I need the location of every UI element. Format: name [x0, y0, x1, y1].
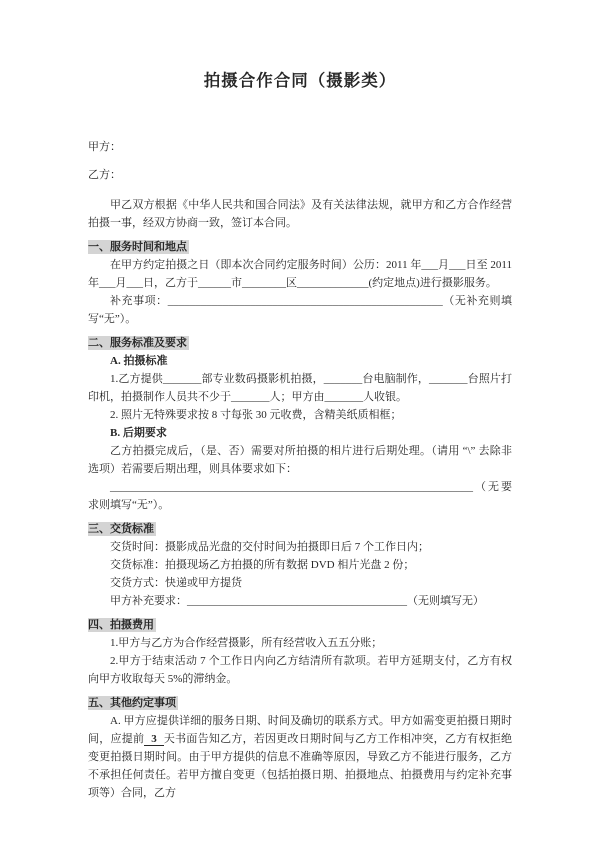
party-a-line: 甲方： [88, 138, 512, 156]
section-1-paragraph-time-place: 在甲方约定拍摄之日（即本次合同约定服务时间）公历：2011 年___月___日至… [88, 256, 512, 292]
section-2-subheading-a: A. 拍摄标准 [88, 352, 512, 370]
section-5-heading-text: 五、其他约定事项 [88, 696, 178, 710]
section-3-heading: 三、交货标准 [88, 520, 512, 538]
section-4-heading: 四、拍摄费用 [88, 616, 512, 634]
section-2-paragraph-blank-line: ________________________________________… [88, 478, 512, 514]
section-3-paragraph-supplement: 甲方补充要求：_________________________________… [88, 592, 512, 610]
contract-page: 拍摄合作合同（摄影类） 甲方： 乙方： 甲乙双方根据《中华人民共和国合同法》及有… [0, 0, 600, 849]
section-1-heading-text: 一、服务时间和地点 [88, 240, 189, 254]
notice-days-blank: 3 [144, 733, 164, 746]
section-2-paragraph-postprocess: 乙方拍摄完成后，（是、否）需要对所拍摄的相片进行后期处理。（请用 “\” 去除非… [88, 442, 512, 478]
section-2-subheading-b: B. 后期要求 [88, 424, 512, 442]
party-b-line: 乙方： [88, 166, 512, 184]
section-4-paragraph-split: 1.甲方与乙方为合作经营摄影，所有经营收入五五分账； [88, 634, 512, 652]
section-5-paragraph-a: A. 甲方应提供详细的服务日期、时间及确切的联系方式。甲方如需变更拍摄日期时间，… [88, 712, 512, 802]
section-3-paragraph-delivery-time: 交货时间：摄影成品光盘的交付时间为拍摄即日后 7 个工作日内； [88, 538, 512, 556]
section-3-paragraph-delivery-standard: 交货标准：拍摄现场乙方拍摄的所有数据 DVD 相片光盘 2 份； [88, 556, 512, 574]
section-3-paragraph-delivery-method: 交货方式：快递或甲方提货 [88, 574, 512, 592]
section-2-heading-text: 二、服务标准及要求 [88, 336, 189, 350]
section-3-heading-text: 三、交货标准 [88, 522, 156, 536]
document-title: 拍摄合作合同（摄影类） [88, 68, 512, 94]
section-4-heading-text: 四、拍摄费用 [88, 618, 156, 632]
section-1-paragraph-supplement: 补充事项：___________________________________… [88, 292, 512, 328]
section-2-heading: 二、服务标准及要求 [88, 334, 512, 352]
section-1-heading: 一、服务时间和地点 [88, 238, 512, 256]
section-4-paragraph-payment: 2.甲方于结束活动 7 个工作日内向乙方结清所有款项。若甲方延期支付，乙方有权向… [88, 652, 512, 688]
section-5-heading: 五、其他约定事项 [88, 694, 512, 712]
preamble-paragraph: 甲乙双方根据《中华人民共和国合同法》及有关法律法规，就甲方和乙方合作经营拍摄一事… [88, 196, 512, 232]
section-2-paragraph-pricing: 2. 照片无特殊要求按 8 寸每张 30 元收费，含精美纸质相框； [88, 406, 512, 424]
section-2-paragraph-equipment: 1.乙方提供_______部专业数码摄影机拍摄，_______台电脑制作，___… [88, 370, 512, 406]
